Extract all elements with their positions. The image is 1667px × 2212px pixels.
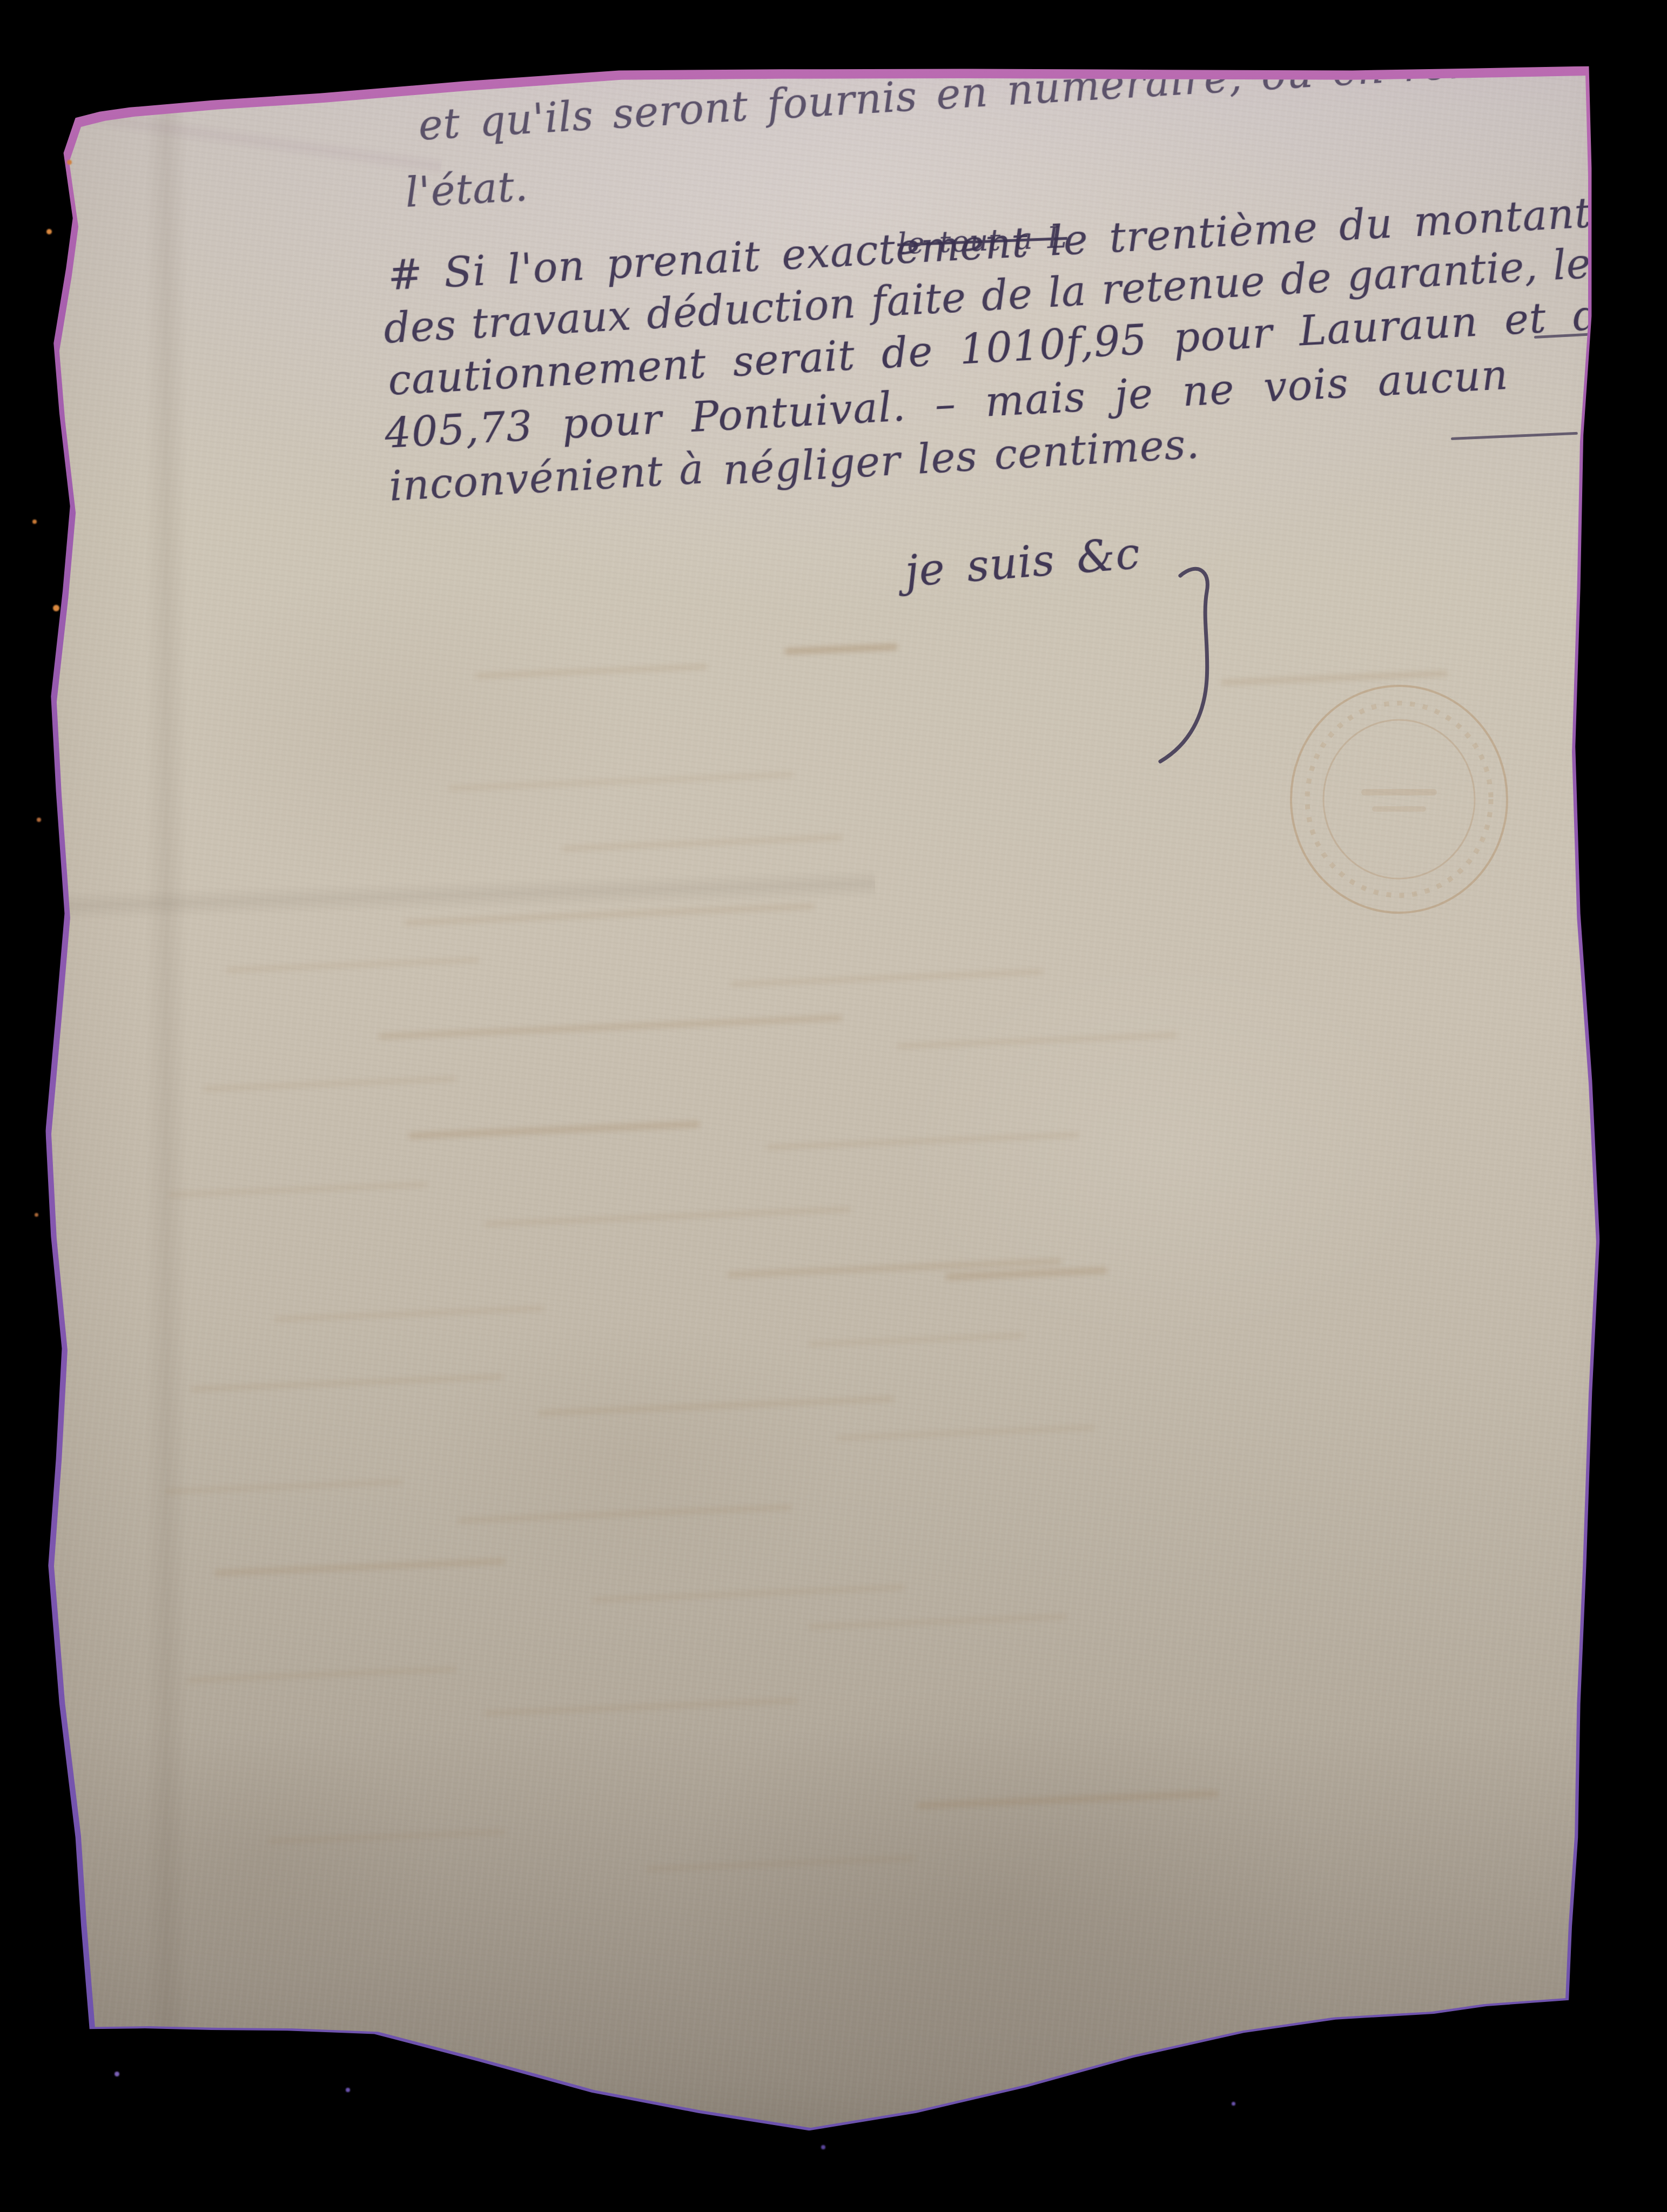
bleed-through-line <box>187 1667 457 1683</box>
bleed-through-line <box>808 1333 1024 1347</box>
bleed-through-line <box>916 1790 1219 1809</box>
bleed-through-line <box>897 1033 1178 1049</box>
edge-speck <box>115 2072 119 2076</box>
bleed-through-line <box>484 1698 797 1716</box>
bleed-through-line <box>836 1425 1095 1440</box>
manuscript-line: l'état. <box>404 162 529 217</box>
bleed-through-line <box>646 1856 916 1872</box>
bleed-through-line <box>203 1076 457 1092</box>
bleed-through-line <box>766 1132 1079 1150</box>
edge-speck <box>37 818 41 822</box>
bleed-through-line <box>808 1614 1067 1629</box>
edge-speck <box>821 2145 825 2149</box>
stamp-illegible-ring-text <box>1307 703 1491 895</box>
edge-speck <box>32 520 37 524</box>
bleed-through-line <box>562 835 843 852</box>
ink-tail-stroke <box>1451 432 1578 440</box>
bleed-through-line <box>268 1829 506 1844</box>
edge-speck <box>35 1213 38 1217</box>
manuscript-line: et qu'ils seront fournis en numéraire, o… <box>417 30 1627 150</box>
bleed-through-line <box>214 1558 506 1576</box>
bleed-through-line <box>274 1306 545 1322</box>
bleed-through-line <box>404 903 815 926</box>
bleed-through-line <box>226 957 480 973</box>
bleed-through-line <box>475 664 708 678</box>
bleed-through-line <box>457 1505 792 1524</box>
bleed-through-line <box>165 1479 403 1494</box>
edge-speck <box>53 605 59 611</box>
bleed-through-line <box>448 772 794 791</box>
bleed-through-line <box>784 644 898 655</box>
bleed-through-line <box>730 969 1044 987</box>
paper-crease-horizontal <box>65 869 876 921</box>
paper-crease-vertical <box>145 108 188 2031</box>
photograph-of-manuscript: et qu'ils seront fournis en numéraire, o… <box>0 0 1667 2212</box>
manuscript-paper-sheet: et qu'ils seront fournis en numéraire, o… <box>0 0 1667 2212</box>
bleed-through-line <box>408 1121 700 1139</box>
bleed-through-line <box>190 1374 503 1392</box>
edge-speck <box>67 160 72 165</box>
circular-stamp <box>1288 683 1510 915</box>
signature-flourish <box>1151 561 1248 777</box>
edge-speck <box>1232 2102 1235 2106</box>
manuscript-line: je suis &c <box>903 528 1142 597</box>
stamp-illegible-center-text <box>1361 789 1437 795</box>
bleed-through-line <box>592 1584 905 1602</box>
bleed-through-line <box>945 1267 1107 1280</box>
edge-speck <box>346 2088 350 2092</box>
bleed-through-line <box>484 1206 851 1226</box>
bleed-through-line <box>538 1396 895 1416</box>
edge-speck <box>46 229 52 234</box>
bleed-through-line <box>169 1182 428 1197</box>
bleed-through-line <box>727 1258 1062 1278</box>
bleed-through-line <box>378 1015 843 1040</box>
